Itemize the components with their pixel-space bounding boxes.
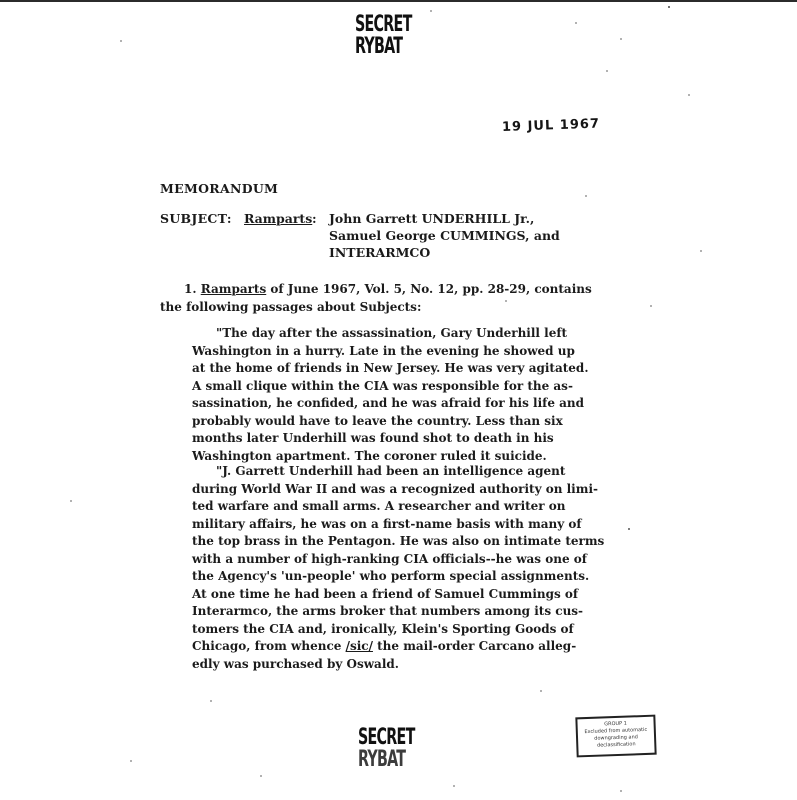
paragraph-number: 1. <box>184 282 197 296</box>
paragraph-1-line-1: of June 1967, Vol. 5, No. 12, pp. 28-29,… <box>270 282 591 296</box>
quote-line: during World War II and was a recognized… <box>192 481 604 499</box>
classification-secret: SECRET <box>355 14 412 36</box>
memo-page: SECRET RYBAT 19 JUL 1967 MEMORANDUM SUBJ… <box>0 0 797 800</box>
quote-line: edly was purchased by Oswald. <box>192 656 604 674</box>
quote-line: "J. Garrett Underhill had been an intell… <box>192 463 604 481</box>
subject-publication: Ramparts <box>244 210 312 227</box>
sic-annotation: /sic/ <box>346 639 373 653</box>
paragraph-1-line-2: the following passages about Subjects: <box>160 299 592 317</box>
quote-line: A small clique within the CIA was respon… <box>192 378 589 396</box>
quoted-passage-1: "The day after the assassination, Gary U… <box>192 325 589 465</box>
subject-label: SUBJECT: <box>160 210 232 227</box>
publication-name: Ramparts <box>201 282 267 296</box>
subject-line: Samuel George CUMMINGS, and <box>329 227 560 244</box>
memo-heading: MEMORANDUM <box>160 181 278 196</box>
classification-secret: SECRET <box>358 727 415 749</box>
quote-line: "The day after the assassination, Gary U… <box>192 325 589 343</box>
quote-line: tomers the CIA and, ironically, Klein's … <box>192 621 604 639</box>
subject-line: John Garrett UNDERHILL Jr., <box>329 210 560 227</box>
date-stamp: 19 JUL 1967 <box>502 117 600 135</box>
declassification-group-stamp: GROUP 1 Excluded from automatic downgrad… <box>575 715 656 758</box>
quote-line: ted warfare and small arms. A researcher… <box>192 498 604 516</box>
quote-line: months later Underhill was found shot to… <box>192 430 589 448</box>
quote-line: the Agency's 'un-people' who perform spe… <box>192 568 604 586</box>
quote-line: military affairs, he was on a first-name… <box>192 516 604 534</box>
classification-rybat: RYBAT <box>358 749 415 771</box>
quote-line: probably would have to leave the country… <box>192 413 589 431</box>
quoted-passage-2: "J. Garrett Underhill had been an intell… <box>192 463 604 673</box>
quote-line: with a number of high-ranking CIA offici… <box>192 551 604 569</box>
classification-marking-bottom: SECRET RYBAT <box>358 727 415 771</box>
quote-line: At one time he had been a friend of Samu… <box>192 586 604 604</box>
subject-colon: : <box>312 210 317 227</box>
quote-line: Interarmco, the arms broker that numbers… <box>192 603 604 621</box>
paragraph-1: 1. Ramparts of June 1967, Vol. 5, No. 12… <box>160 281 592 316</box>
quote-line: Chicago, from whence /sic/ the mail-orde… <box>192 638 604 656</box>
quote-line: the top brass in the Pentagon. He was al… <box>192 533 604 551</box>
quote-line: sassination, he confided, and he was afr… <box>192 395 589 413</box>
quote-line: Washington in a hurry. Late in the eveni… <box>192 343 589 361</box>
subject-line: INTERARMCO <box>329 244 560 261</box>
classification-rybat: RYBAT <box>355 36 412 58</box>
classification-marking-top: SECRET RYBAT <box>355 14 412 58</box>
quote-line: at the home of friends in New Jersey. He… <box>192 360 589 378</box>
subject-list: John Garrett UNDERHILL Jr., Samuel Georg… <box>329 210 560 261</box>
